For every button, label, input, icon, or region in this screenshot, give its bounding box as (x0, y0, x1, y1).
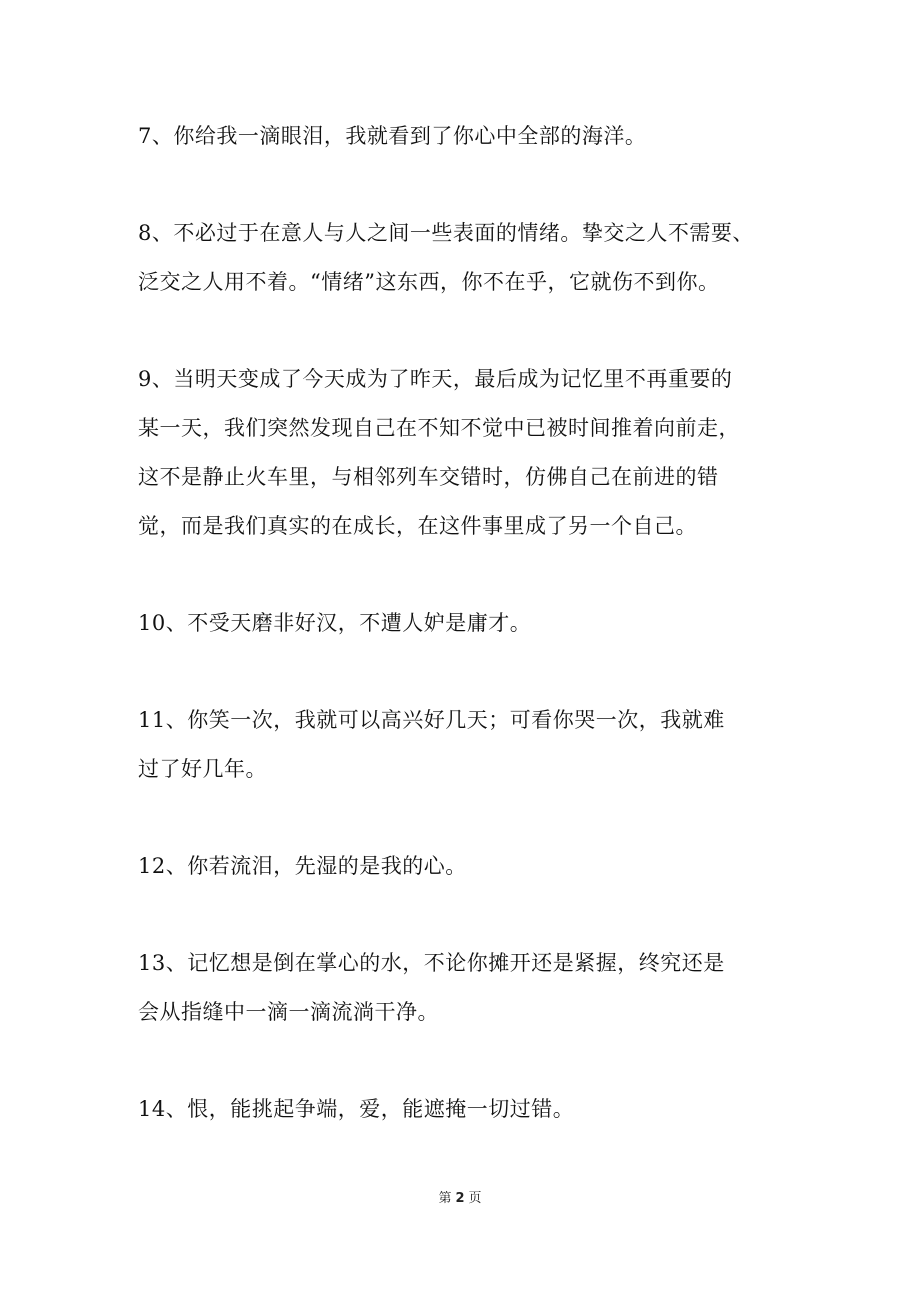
paragraph-14-line-1: 14、恨，能挑起争端，爱，能遮掩一切过错。 (138, 1095, 574, 1123)
page-footer: 第2页 (0, 1190, 920, 1208)
paragraph-13-line-2: 会从指缝中一滴一滴流淌干净。 (138, 998, 439, 1026)
paragraph-9-line-4: 觉，而是我们真实的在成长，在这件事里成了另一个自己。 (138, 512, 697, 540)
paragraph-9-line-3: 这不是静止火车里，与相邻列车交错时，仿佛自己在前进的错 (138, 463, 719, 491)
paragraph-12-line-1: 12、你若流泪，先湿的是我的心。 (138, 852, 467, 880)
paragraph-7-line-1: 7、你给我一滴眼泪，我就看到了你心中全部的海洋。 (138, 122, 646, 150)
document-page: 7、你给我一滴眼泪，我就看到了你心中全部的海洋。 8、不必过于在意人与人之间一些… (0, 0, 920, 1302)
page-label-suffix: 页 (469, 1191, 482, 1206)
paragraph-11-line-2: 过了好几年。 (138, 755, 267, 783)
paragraph-9-line-1: 9、当明天变成了今天成为了昨天，最后成为记忆里不再重要的 (138, 365, 732, 393)
paragraph-9-line-2: 某一天，我们突然发现自己在不知不觉中已被时间推着向前走， (138, 414, 740, 442)
page-label-prefix: 第 (438, 1191, 451, 1206)
paragraph-8-line-1: 8、不必过于在意人与人之间一些表面的情绪。挚交之人不需要、 (138, 219, 754, 247)
paragraph-11-line-1: 11、你笑一次，我就可以高兴好几天；可看你哭一次，我就难 (138, 706, 725, 734)
page-number: 2 (455, 1191, 464, 1206)
paragraph-13-line-1: 13、记忆想是倒在掌心的水，不论你摊开还是紧握，终究还是 (138, 949, 725, 977)
paragraph-10-line-1: 10、不受天磨非好汉，不遭人妒是庸才。 (138, 609, 531, 637)
paragraph-8-line-2: 泛交之人用不着。“情绪”这东西，你不在乎，它就伤不到你。 (138, 268, 719, 296)
